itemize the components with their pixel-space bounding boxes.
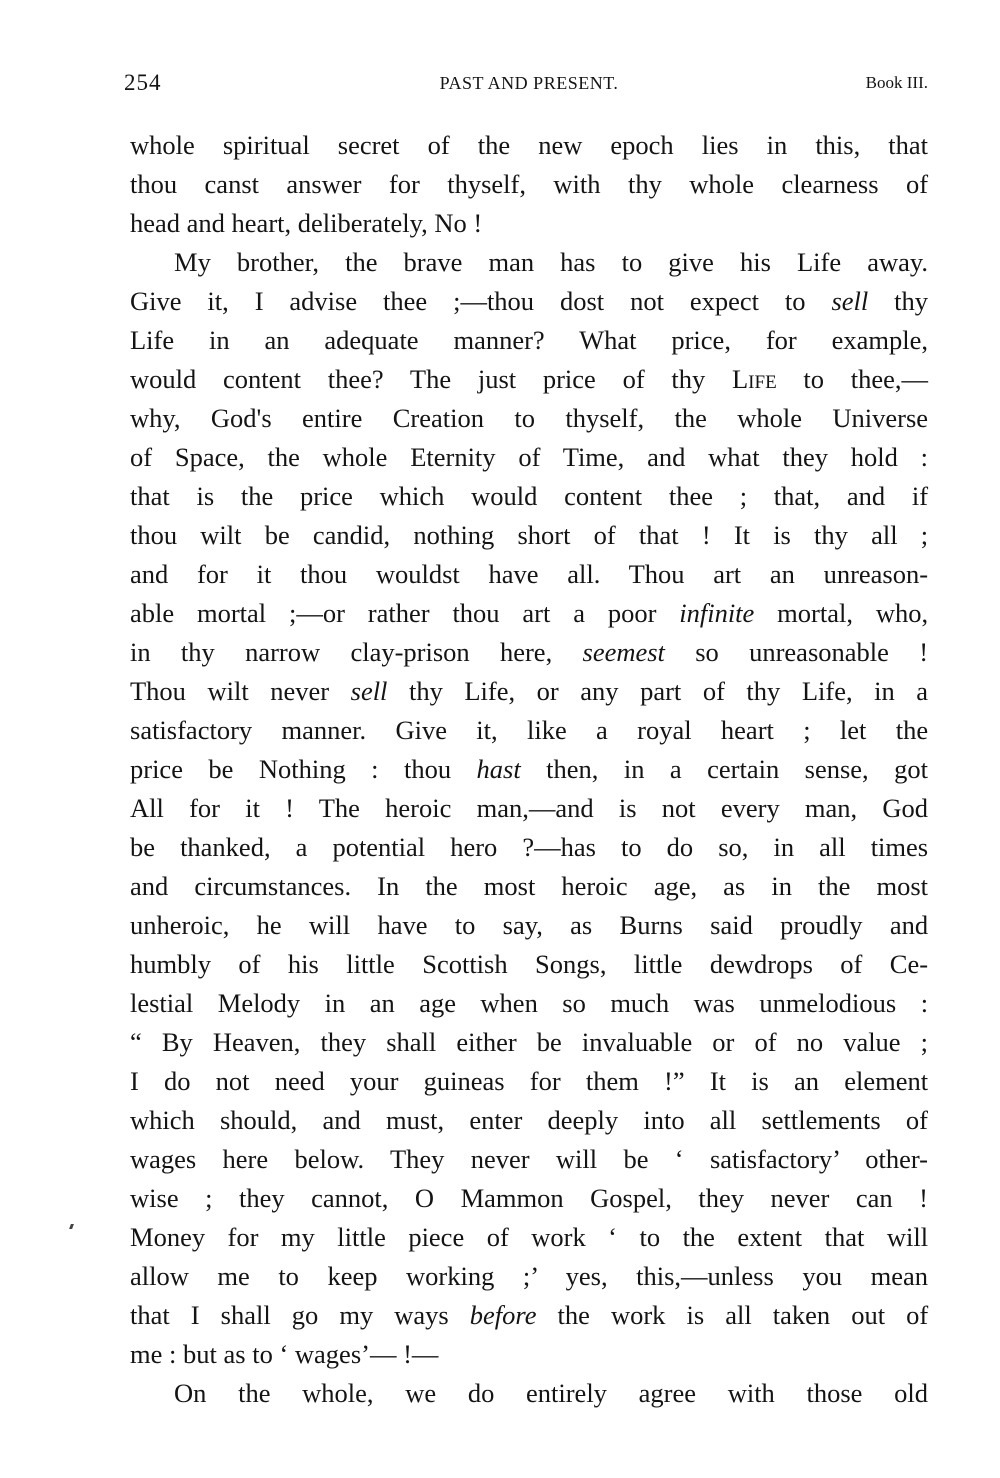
text-line: unheroic, he will have to say, as Burns …: [130, 906, 928, 945]
text-line: of Space, the whole Eternity of Time, an…: [130, 438, 928, 477]
text-line: wages here below. They never will be ‘ s…: [130, 1140, 928, 1179]
text-line: and circumstances. In the most heroic ag…: [130, 867, 928, 906]
stray-ink-mark: [69, 1224, 74, 1229]
text-line: Thou wilt never sell thy Life, or any pa…: [130, 672, 928, 711]
book-label: Book III.: [866, 68, 928, 98]
text-line: lestial Melody in an age when so much wa…: [130, 984, 928, 1023]
text-line: that I shall go my ways before the work …: [130, 1296, 928, 1335]
text-line: thou wilt be candid, nothing short of th…: [130, 516, 928, 555]
text-line: me : but as to ‘ wages’— !—: [130, 1335, 928, 1374]
text-line: I do not need your guineas for them !” I…: [130, 1062, 928, 1101]
text-line: All for it ! The heroic man,—and is not …: [130, 789, 928, 828]
text-line: “ By Heaven, they shall either be invalu…: [130, 1023, 928, 1062]
running-title: PAST AND PRESENT.: [130, 68, 928, 98]
text-line: would content thee? The just price of th…: [130, 360, 928, 399]
text-line: satisfactory manner. Give it, like a roy…: [130, 711, 928, 750]
text-line: able mortal ;—or rather thou art a poor …: [130, 594, 928, 633]
text-line: Give it, I advise thee ;—thou dost not e…: [130, 282, 928, 321]
text-line: thou canst answer for thyself, with thy …: [130, 165, 928, 204]
text-line: that is the price which would content th…: [130, 477, 928, 516]
text-line: whole spiritual secret of the new epoch …: [130, 126, 928, 165]
text-line: and for it thou wouldst have all. Thou a…: [130, 555, 928, 594]
text-line: allow me to keep working ;’ yes, this,—u…: [130, 1257, 928, 1296]
text-line: head and heart, deliberately, No !: [130, 204, 928, 243]
text-line: My brother, the brave man has to give hi…: [130, 243, 928, 282]
text-line: be thanked, a potential hero ?—has to do…: [130, 828, 928, 867]
text-line: humbly of his little Scottish Songs, lit…: [130, 945, 928, 984]
text-line: why, God's entire Creation to thyself, t…: [130, 399, 928, 438]
text-line: Life in an adequate manner? What price, …: [130, 321, 928, 360]
text-line: in thy narrow clay-prison here, seemest …: [130, 633, 928, 672]
text-line: On the whole, we do entirely agree with …: [130, 1374, 928, 1413]
body-text: whole spiritual secret of the new epoch …: [130, 126, 928, 1413]
text-line: price be Nothing : thou hast then, in a …: [130, 750, 928, 789]
text-line: wise ; they cannot, O Mammon Gospel, the…: [130, 1179, 928, 1218]
text-line: Money for my little piece of work ‘ to t…: [130, 1218, 928, 1257]
running-head: 254 PAST AND PRESENT. Book III.: [130, 68, 928, 98]
text-line: which should, and must, enter deeply int…: [130, 1101, 928, 1140]
